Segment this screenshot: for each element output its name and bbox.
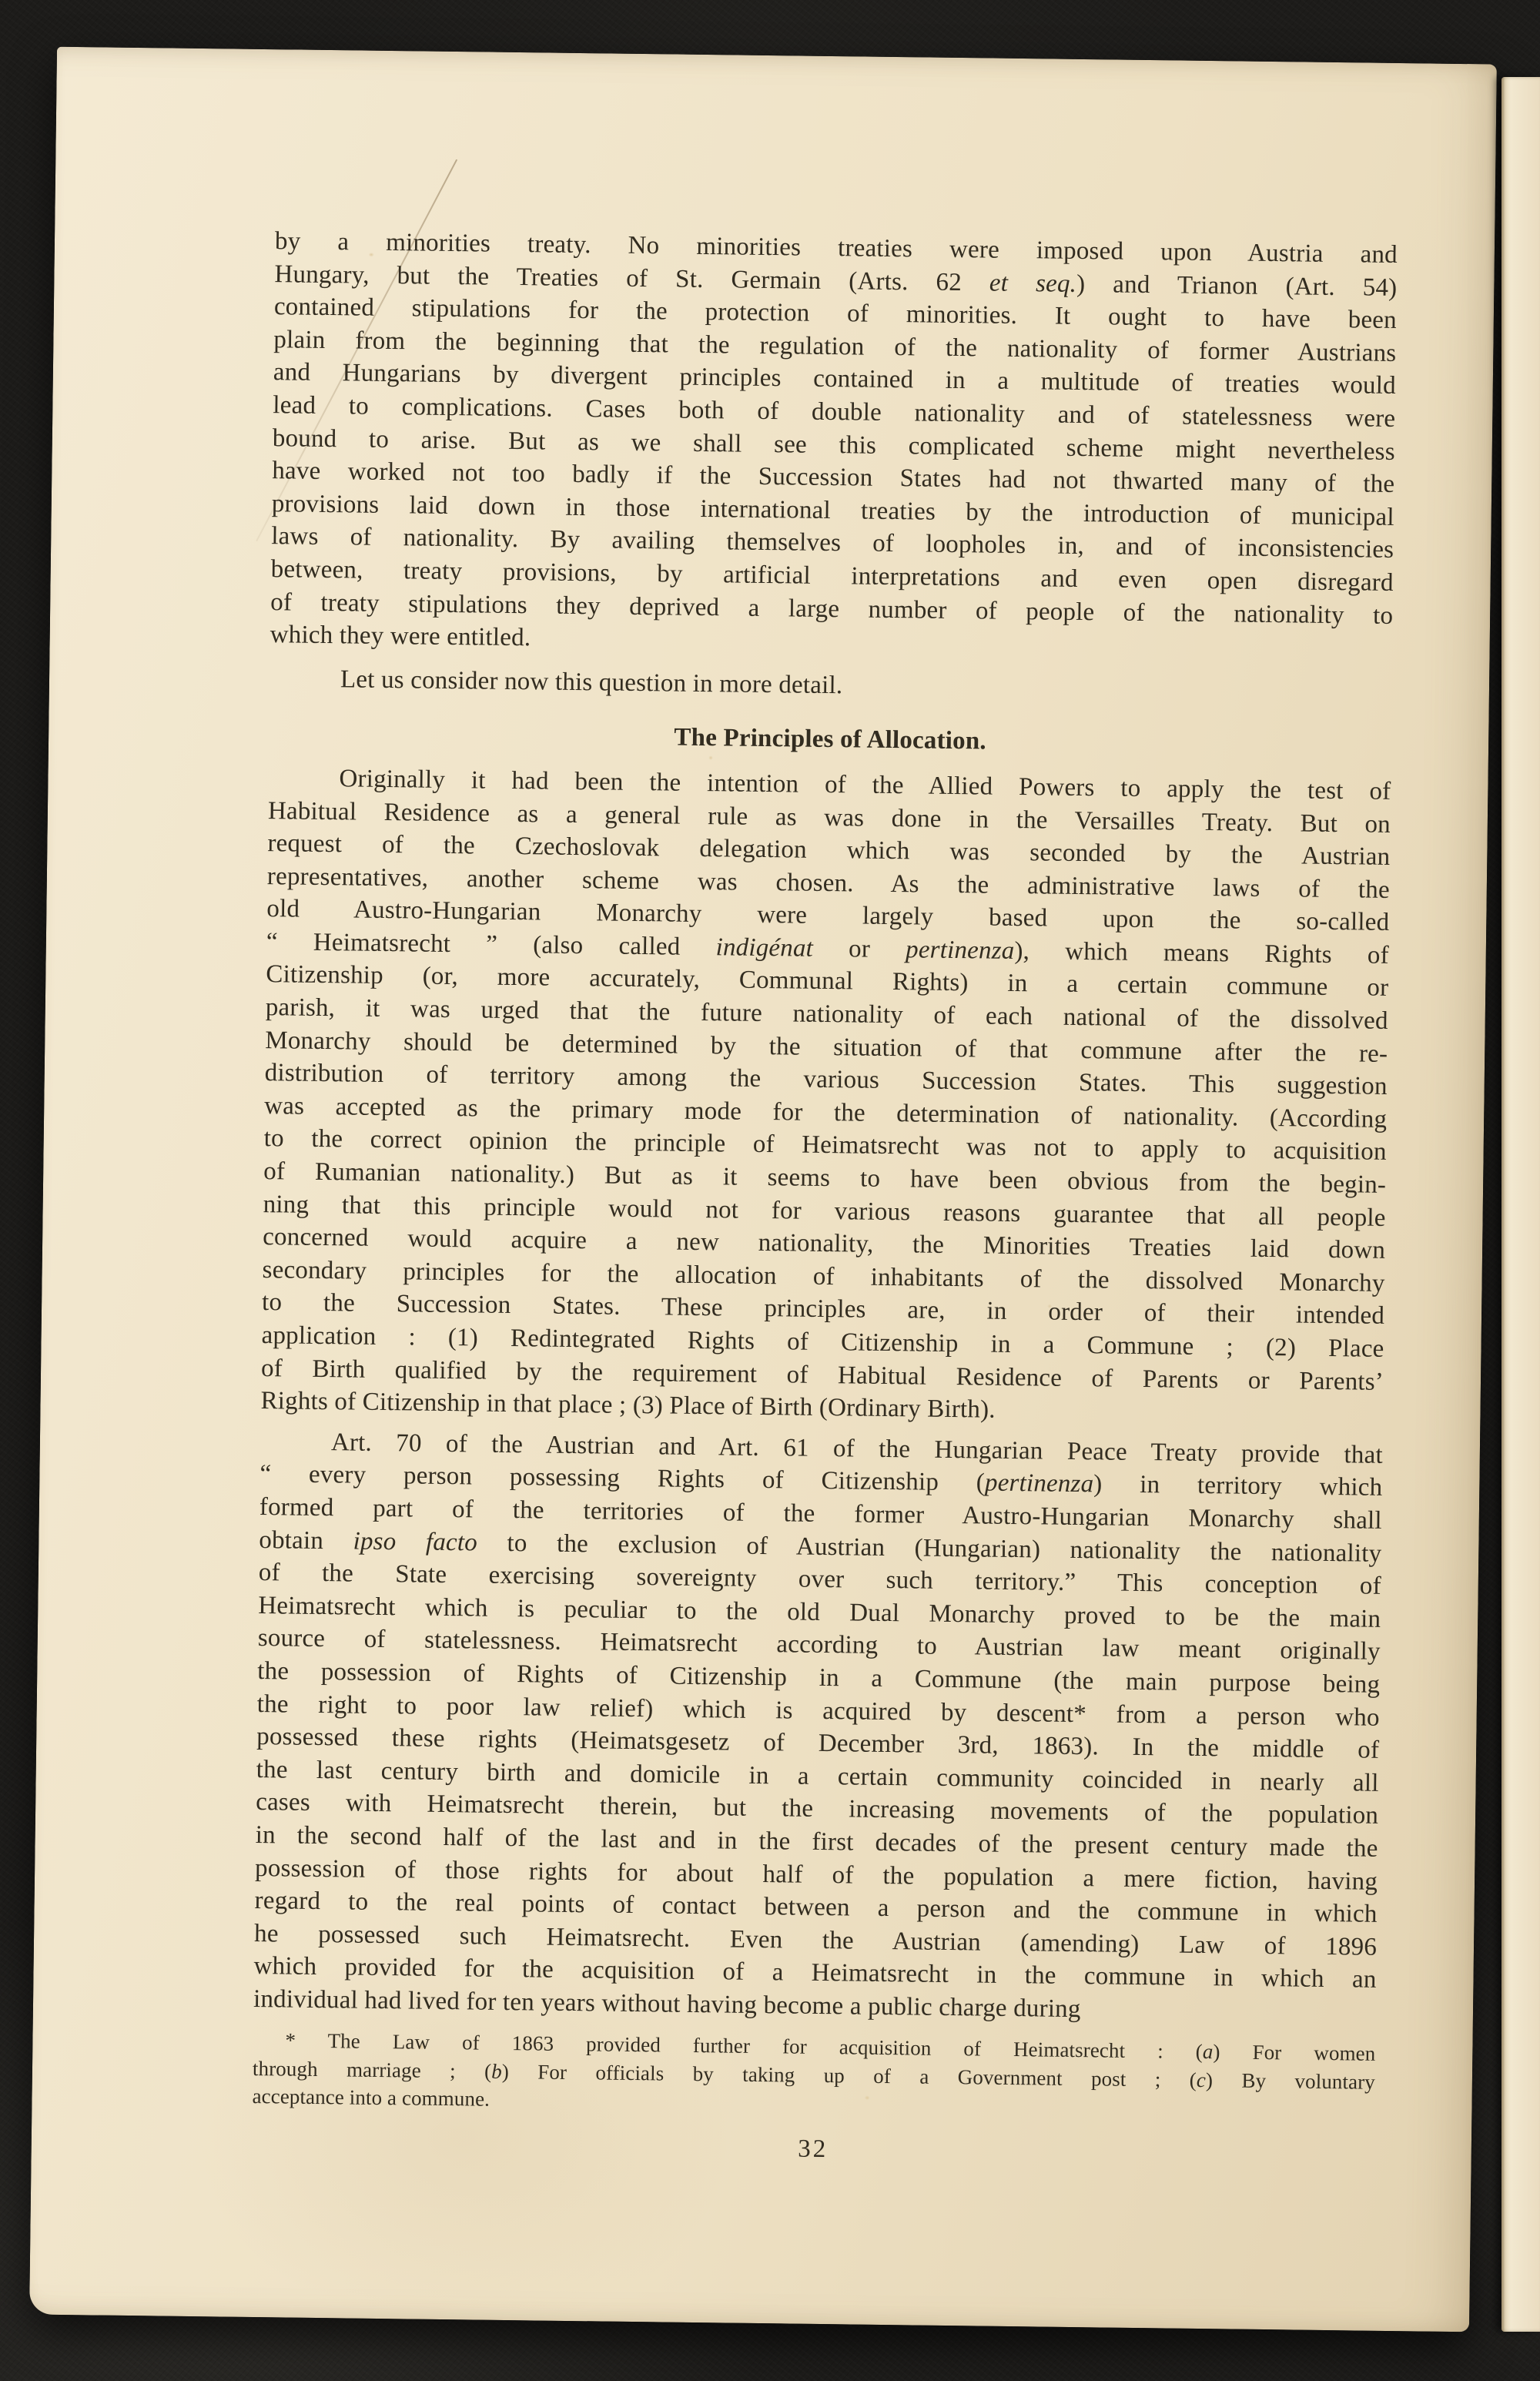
paragraph: Art. 70 of the Austrian and Art. 61 of t…	[253, 1425, 1383, 2029]
section-heading: The Principles of Allocation.	[269, 716, 1391, 762]
book-page: by a minorities treaty. No minorities tr…	[29, 47, 1497, 2332]
photo-of-book: { "colors":{ "background":"#1d1c1a", "pa…	[0, 0, 1540, 2381]
italic-text: a	[1203, 2041, 1214, 2064]
text-column: by a minorities treaty. No minorities tr…	[252, 225, 1398, 2125]
page-number: 32	[252, 2128, 1374, 2171]
next-page-edge	[1501, 77, 1540, 2332]
paragraph: by a minorities treaty. No minorities tr…	[269, 225, 1398, 665]
paragraph: Originally it had been the intention of …	[260, 762, 1391, 1432]
italic-text: pertinenza	[906, 936, 1015, 965]
italic-text: pertinenza	[985, 1469, 1094, 1499]
italic-text: et seq.	[989, 269, 1077, 297]
paragraph: Let us consider now this question in mor…	[269, 662, 1392, 708]
italic-text: indigénat	[715, 933, 813, 963]
italic-text: b	[491, 2060, 502, 2083]
page-edge-stack	[29, 47, 111, 2316]
footnote: * The Law of 1863 provided further for a…	[252, 2026, 1375, 2124]
text-line: Let us consider now this question in mor…	[269, 662, 1392, 708]
italic-text: c	[1197, 2068, 1206, 2091]
italic-text: ipso facto	[353, 1527, 477, 1556]
